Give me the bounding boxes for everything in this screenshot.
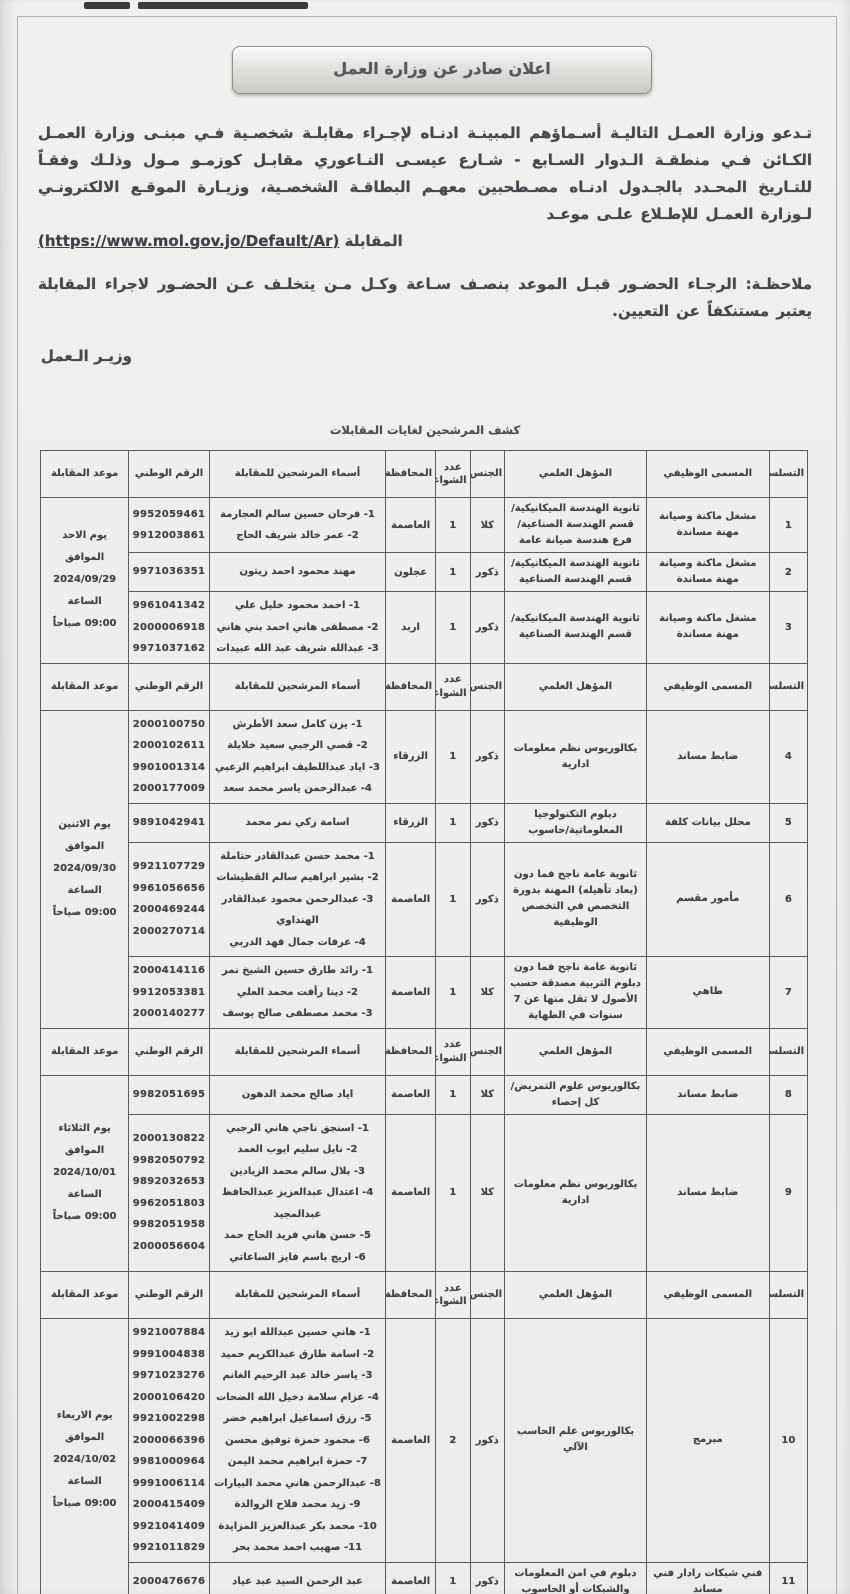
cell-ids: 9961041342 2000006918 9971037162 [129,592,210,664]
cell-vacancies: 1 [436,710,471,803]
col-header-serial: التسلسل [769,1272,807,1319]
cell-qualification: بكالوريوس نظم معلومات ادارية [505,710,647,803]
cell-gender: ذكور [470,1562,505,1594]
col-header-governorate: المحافظة [386,1272,436,1319]
cell-serial: 4 [769,710,807,803]
table-row: 1مشغل ماكنة وصيانة مهنة مساندةثانوية اله… [41,498,808,553]
cell-qualification: دبلوم التكنولوجيا المعلوماتية/حاسوب [505,803,647,842]
note-paragraph: ملاحظـة: الرجـاء الحضـور قبـل الموعد بنص… [38,271,812,325]
interview-url-word: المقابلة [345,232,403,250]
cell-governorate: العاصمة [386,1319,436,1563]
scan-artifact [138,2,308,9]
table-header-row: التسلسلالمسمى الوظيفيالمؤهل العلميالجنسع… [41,451,808,498]
col-header-qualification: المؤهل العلمي [505,663,647,710]
cell-qualification: بكالوريوس علم الحاسب الآلي [505,1319,647,1563]
interview-date-cell: يوم الاربعاء الموافق 2024/10/02 الساعة 0… [41,1319,129,1594]
cell-job-title: طاهي [646,957,769,1029]
cell-vacancies: 2 [436,1319,471,1563]
interview-date-cell: يوم الاثنين الموافق 2024/09/30 الساعة 09… [41,710,129,1028]
cell-ids: 9982051695 [129,1075,210,1114]
interview-date-cell: يوم الاحد الموافق 2024/09/29 الساعة 09:0… [41,498,129,664]
document-sheet: اعلان صادر عن وزارة العمل تـدعو وزارة ال… [0,0,850,1594]
cell-ids: 9921007884 9991004838 9971023276 2000106… [129,1319,210,1563]
cell-job-title: مأمور مقسم [646,842,769,957]
cell-ids: 2000100750 2000102611 9901001314 2000177… [129,710,210,803]
cell-governorate: الزرقاء [386,803,436,842]
table-row: 6مأمور مقسمثانوية عامة ناجح فما دون (يعا… [41,842,808,957]
col-header-job-title: المسمى الوظيفي [646,1028,769,1075]
cell-gender: كلا [470,498,505,553]
table-row: 11فني شبكات رادار فني مسانددبلوم في امن … [41,1562,808,1594]
col-header-vacancies: عدد الشواغر [436,1028,471,1075]
ministry-website-link[interactable]: (https://www.mol.gov.jo/Default/Ar) [38,232,339,250]
col-header-national-id: الرقم الوطني [129,451,210,498]
cell-job-title: مشغل ماكنة وصيانة مهنة مساندة [646,553,769,592]
cell-qualification: ثانوية عامة ناجح فما دون دبلوم التربية م… [505,957,647,1029]
cell-qualification: ثانوية الهندسة الميكانيكية/قسم الهندسة ا… [505,498,647,553]
candidates-table-group: التسلسلالمسمى الوظيفيالمؤهل العلميالجنسع… [40,1271,808,1594]
cell-names: 1- محمد حسن عبدالقادر حتاملة 2- بشير ابر… [209,842,385,957]
cell-job-title: ضابط مساند [646,1075,769,1114]
col-header-job-title: المسمى الوظيفي [646,663,769,710]
scanned-announcement-page: { "page": { "banner": "اعلان صادر عن وزا… [0,0,850,1594]
col-header-governorate: المحافظة [386,1028,436,1075]
cell-governorate: العاصمة [386,498,436,553]
col-header-governorate: المحافظة [386,451,436,498]
cell-serial: 2 [769,553,807,592]
cell-serial: 3 [769,592,807,664]
cell-ids: 9891042941 [129,803,210,842]
cell-governorate: العاصمة [386,1114,436,1272]
cell-job-title: فني شبكات رادار فني مساند [646,1562,769,1594]
cell-job-title: ضابط مساند [646,1114,769,1272]
col-header-vacancies: عدد الشواغر [436,663,471,710]
cell-gender: ذكور [470,803,505,842]
col-header-names: أسماء المرشحين للمقابلة [209,663,385,710]
table-row: 2مشغل ماكنة وصيانة مهنة مساندةثانوية اله… [41,553,808,592]
cell-qualification: ثانوية الهندسة الميكانيكية/قسم الهندسة ا… [505,553,647,592]
cell-vacancies: 1 [436,592,471,664]
cell-names: اسامة زكي نمر محمد [209,803,385,842]
cell-names: 1- هاني حسين عبدالله ابو زيد 2- اسامة طا… [209,1319,385,1563]
cell-ids: 9921107729 9961056656 2000469244 2000270… [129,842,210,957]
col-header-national-id: الرقم الوطني [129,1272,210,1319]
col-header-date: موعد المقابلة [41,663,129,710]
cell-vacancies: 1 [436,1114,471,1272]
cell-names: 1- فرحان حسين سالم العجارمة 2- عمر خالد … [209,498,385,553]
cell-job-title: مبرمج [646,1319,769,1563]
cell-vacancies: 1 [436,498,471,553]
cell-serial: 11 [769,1562,807,1594]
minister-signature: وزيـر الـعمل [0,347,850,365]
col-header-qualification: المؤهل العلمي [505,1028,647,1075]
cell-gender: ذكور [470,592,505,664]
cell-serial: 10 [769,1319,807,1563]
col-header-gender: الجنس [470,663,505,710]
cell-serial: 8 [769,1075,807,1114]
cell-ids: 2000130822 9982050792 9892032653 9962051… [129,1114,210,1272]
col-header-job-title: المسمى الوظيفي [646,1272,769,1319]
cell-vacancies: 1 [436,842,471,957]
candidates-table-group: التسلسلالمسمى الوظيفيالمؤهل العلميالجنسع… [40,1028,808,1273]
cell-vacancies: 1 [436,1075,471,1114]
col-header-date: موعد المقابلة [41,1028,129,1075]
cell-governorate: العاصمة [386,1075,436,1114]
cell-governorate: عجلون [386,553,436,592]
table-row: 8ضابط مساندبكالوريوس علوم التمريض/كل إحص… [41,1075,808,1114]
col-header-gender: الجنس [470,451,505,498]
col-header-vacancies: عدد الشواغر [436,451,471,498]
table-row: 7طاهيثانوية عامة ناجح فما دون دبلوم التر… [41,957,808,1029]
cell-qualification: ثانوية عامة ناجح فما دون (يعاد تأهيله) ا… [505,842,647,957]
cell-qualification: بكالوريوس نظم معلومات ادارية [505,1114,647,1272]
cell-gender: كلا [470,1075,505,1114]
interview-date-cell: يوم الثلاثاء الموافق 2024/10/01 الساعة 0… [41,1075,129,1272]
col-header-serial: التسلسل [769,1028,807,1075]
cell-names: 1- احمد محمود خليل علي 2- مصطفى هاني احم… [209,592,385,664]
cell-vacancies: 1 [436,1562,471,1594]
table-row: 5محلل بيانات كلفةدبلوم التكنولوجيا المعل… [41,803,808,842]
cell-job-title: محلل بيانات كلفة [646,803,769,842]
col-header-names: أسماء المرشحين للمقابلة [209,1028,385,1075]
table-title: كشف المرشحين لغايات المقابلات [0,423,850,437]
col-header-serial: التسلسل [769,451,807,498]
table-header-row: التسلسلالمسمى الوظيفيالمؤهل العلميالجنسع… [41,663,808,710]
col-header-vacancies: عدد الشواغر [436,1272,471,1319]
cell-ids: 2000476676 [129,1562,210,1594]
cell-gender: ذكور [470,842,505,957]
intro-paragraph: تـدعو وزارة العمـل التاليـة أسـماؤهم الم… [38,120,812,228]
col-header-governorate: المحافظة [386,663,436,710]
cell-qualification: دبلوم في امن المعلومات والشبكات أو الحاس… [505,1562,647,1594]
candidates-table: التسلسلالمسمى الوظيفيالمؤهل العلميالجنسع… [40,450,808,1594]
cell-gender: كلا [470,1114,505,1272]
col-header-national-id: الرقم الوطني [129,1028,210,1075]
cell-vacancies: 1 [436,803,471,842]
candidates-table-group: التسلسلالمسمى الوظيفيالمؤهل العلميالجنسع… [40,450,808,664]
cell-qualification: ثانوية الهندسة الميكانيكية/قسم الهندسة ا… [505,592,647,664]
col-header-qualification: المؤهل العلمي [505,451,647,498]
cell-names: مهند محمود احمد زيتون [209,553,385,592]
cell-vacancies: 1 [436,553,471,592]
col-header-names: أسماء المرشحين للمقابلة [209,451,385,498]
cell-names: 1- رائد طارق حسين الشيخ نمر 2- دينا رأفت… [209,957,385,1029]
cell-serial: 7 [769,957,807,1029]
cell-job-title: ضابط مساند [646,710,769,803]
table-row: 10مبرمجبكالوريوس علم الحاسب الآليذكور2ال… [41,1319,808,1563]
cell-names: عبد الرحمن السيد عبد عياد [209,1562,385,1594]
table-header-row: التسلسلالمسمى الوظيفيالمؤهل العلميالجنسع… [41,1272,808,1319]
col-header-names: أسماء المرشحين للمقابلة [209,1272,385,1319]
cell-ids: 2000414116 9912053381 2000140277 [129,957,210,1029]
cell-job-title: مشغل ماكنة وصيانة مهنة مساندة [646,498,769,553]
cell-ids: 9971036351 [129,553,210,592]
col-header-gender: الجنس [470,1272,505,1319]
cell-gender: ذكور [470,710,505,803]
cell-governorate: اربد [386,592,436,664]
cell-vacancies: 1 [436,957,471,1029]
cell-qualification: بكالوريوس علوم التمريض/كل إحصاء [505,1075,647,1114]
cell-serial: 6 [769,842,807,957]
cell-names: 1- اسنجق ناجي هاني الرجبي 2- نايل سليم ا… [209,1114,385,1272]
table-header-row: التسلسلالمسمى الوظيفيالمؤهل العلميالجنسع… [41,1028,808,1075]
table-row: 4ضابط مساندبكالوريوس نظم معلومات اداريةذ… [41,710,808,803]
cell-serial: 1 [769,498,807,553]
cell-gender: ذكور [470,553,505,592]
cell-serial: 5 [769,803,807,842]
cell-governorate: العاصمة [386,957,436,1029]
table-row: 3مشغل ماكنة وصيانة مهنة مساندةثانوية اله… [41,592,808,664]
cell-names: اياد صالح محمد الدهون [209,1075,385,1114]
cell-ids: 9952059461 9912003861 [129,498,210,553]
col-header-qualification: المؤهل العلمي [505,1272,647,1319]
cell-names: 1- يزن كامل سعد الأطرش 2- قصي الرجبي سعي… [209,710,385,803]
cell-governorate: العاصمة [386,1562,436,1594]
cell-governorate: الزرقاء [386,710,436,803]
announcement-banner: اعلان صادر عن وزارة العمل [232,46,652,94]
col-header-serial: التسلسل [769,663,807,710]
interview-url-line: المقابلة (https://www.mol.gov.jo/Default… [38,228,812,255]
cell-governorate: العاصمة [386,842,436,957]
col-header-national-id: الرقم الوطني [129,663,210,710]
col-header-date: موعد المقابلة [41,1272,129,1319]
candidates-table-group: التسلسلالمسمى الوظيفيالمؤهل العلميالجنسع… [40,663,808,1029]
table-row: 9ضابط مساندبكالوريوس نظم معلومات اداريةك… [41,1114,808,1272]
scan-artifact [84,2,130,9]
col-header-job-title: المسمى الوظيفي [646,451,769,498]
cell-gender: ذكور [470,1319,505,1563]
col-header-gender: الجنس [470,1028,505,1075]
col-header-date: موعد المقابلة [41,451,129,498]
cell-job-title: مشغل ماكنة وصيانة مهنة مساندة [646,592,769,664]
cell-gender: كلا [470,957,505,1029]
cell-serial: 9 [769,1114,807,1272]
